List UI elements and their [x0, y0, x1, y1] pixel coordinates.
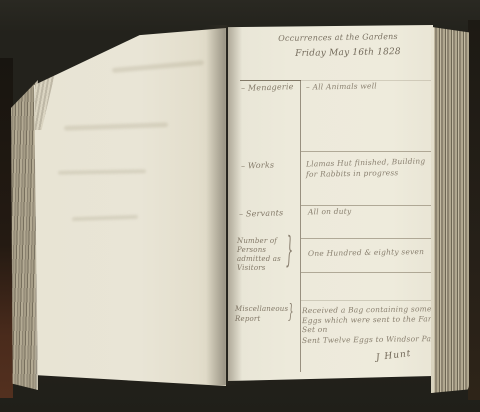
- row-entry-menagerie: – All Animals well: [306, 81, 377, 91]
- page-corner-stack: [35, 56, 57, 130]
- row-entry-works-line1: Llamas Hut finished, Building: [306, 156, 425, 168]
- rule-line-row5: [301, 300, 431, 301]
- row-entry-visitors-count: One Hundred & eighty seven: [308, 247, 424, 258]
- column-divider-line: [300, 80, 301, 372]
- show-through-smudge: [58, 169, 146, 175]
- row-label-visitors-line1: Number of: [237, 237, 277, 245]
- book-cover-right-edge: [468, 20, 480, 400]
- page-edges-fore-edge-stack: [431, 25, 469, 393]
- rule-line-header-label: [240, 80, 301, 81]
- row-label-misc-line2: Report: [235, 315, 260, 323]
- row-entry-misc-line3: Set on: [302, 325, 328, 334]
- row-entry-servants: All on duty: [308, 207, 352, 217]
- show-through-smudge: [64, 122, 168, 131]
- right-page-ledger-form: Occurrences at the Gardens Friday May 16…: [228, 25, 433, 381]
- top-page-edge-highlight: [431, 25, 434, 393]
- rule-line-row1: [301, 151, 431, 152]
- show-through-smudge: [72, 215, 138, 221]
- row-label-visitors-line4: Visitors: [237, 264, 266, 272]
- keeper-signature: J Hunt: [376, 349, 412, 363]
- left-page-blank: [34, 28, 226, 386]
- ledger-date: Friday May 16th 1828: [278, 47, 418, 59]
- rule-line-row2: [301, 205, 431, 206]
- row-label-visitors-line3: admitted as: [237, 255, 281, 263]
- rule-line-row4: [301, 272, 431, 273]
- rule-line-row3: [301, 238, 431, 239]
- open-ledger-book-photo: Occurrences at the Gardens Friday May 16…: [0, 0, 480, 412]
- label-brace: }: [286, 230, 293, 272]
- label-brace: }: [288, 302, 294, 324]
- row-entry-misc-line4: Sent Twelve Eggs to Windsor Park: [302, 334, 440, 345]
- row-label-visitors-line2: Persons: [237, 246, 266, 254]
- page-edges-left-stack: [11, 80, 38, 390]
- row-label-misc-line1: Miscellaneous: [235, 305, 288, 313]
- row-label-servants: – Servants: [239, 208, 284, 219]
- row-entry-works-line2: for Rabbits in progress: [306, 168, 399, 179]
- show-through-smudge: [112, 60, 204, 73]
- row-label-menagerie: – Menagerie: [241, 82, 294, 93]
- ledger-heading: Occurrences at the Gardens: [248, 31, 428, 43]
- row-label-works: – Works: [241, 160, 275, 170]
